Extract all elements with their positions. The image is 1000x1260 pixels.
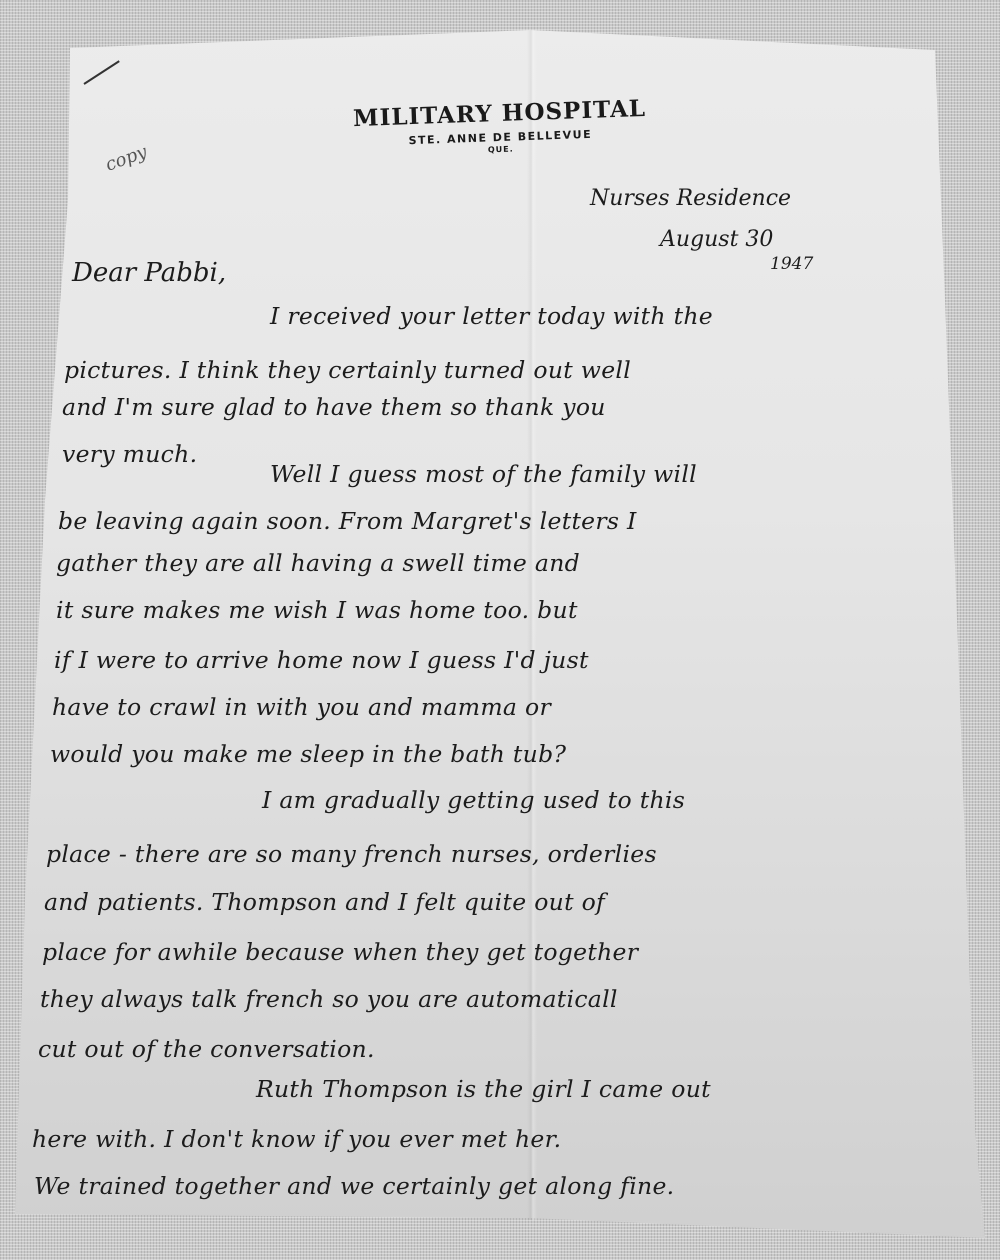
letter-year: 1947 [770, 254, 813, 274]
body-line: would you make me sleep in the bath tub? [50, 740, 566, 768]
letter-date: August 30 [660, 227, 773, 252]
body-line: Well I guess most of the family will [270, 460, 697, 488]
body-line: Ruth Thompson is the girl I came out [256, 1075, 711, 1103]
fold-crease [527, 30, 537, 1220]
body-line: gather they are all having a swell time … [56, 549, 580, 577]
body-line: if I were to arrive home now I guess I'd… [54, 646, 589, 674]
body-line: and I'm sure glad to have them so thank … [62, 393, 606, 421]
body-line: place for awhile because when they get t… [42, 938, 638, 966]
body-line: pictures. I think they certainly turned … [64, 356, 631, 384]
body-line: very much. [62, 440, 197, 468]
body-line: have to crawl in with you and mamma or [52, 693, 551, 721]
sender-place: Nurses Residence [590, 186, 791, 211]
body-line: I am gradually getting used to this [262, 786, 685, 814]
letter-page [0, 0, 1000, 1260]
body-line: it sure makes me wish I was home too. bu… [56, 596, 578, 624]
body-line: We trained together and we certainly get… [34, 1172, 674, 1200]
body-line: and patients. Thompson and I felt quite … [44, 888, 605, 916]
body-line: they always talk french so you are autom… [40, 985, 618, 1013]
body-line: place - there are so many french nurses,… [46, 840, 657, 868]
body-line: cut out of the conversation. [38, 1035, 375, 1063]
body-line: here with. I don't know if you ever met … [32, 1125, 561, 1153]
salutation: Dear Pabbi, [72, 258, 226, 288]
body-line: I received your letter today with the [270, 302, 713, 330]
body-line: be leaving again soon. From Margret's le… [58, 507, 637, 535]
